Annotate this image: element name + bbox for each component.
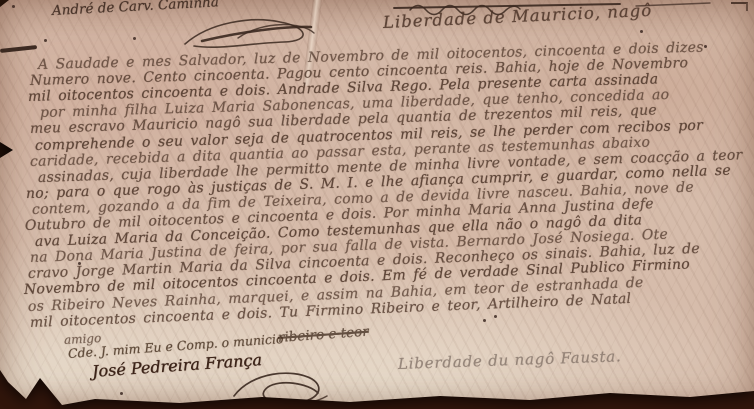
ink-spot (640, 30, 643, 33)
corner-ink-mark (731, 2, 748, 11)
ink-spot (494, 315, 497, 318)
ink-spot (133, 37, 136, 40)
torn-corner-speck (0, 0, 9, 7)
ink-spot (704, 45, 707, 48)
ink-spot (12, 5, 15, 8)
scanned-document-photo: André de Carv. Caminha Liberdade de Maur… (0, 0, 754, 409)
ink-spot (120, 392, 123, 395)
signature-rubric-flourish (226, 366, 330, 408)
struck-fragment: ribeiro e teor (277, 324, 369, 346)
ink-spot (483, 319, 486, 322)
ink-spot (44, 39, 47, 42)
pencil-note: Liberdade du nagô Fausta. (398, 347, 622, 373)
ink-spot (78, 262, 81, 265)
paper-wrapper: André de Carv. Caminha Liberdade de Maur… (0, 0, 754, 409)
margin-dash-mark (0, 45, 37, 52)
document-paper: André de Carv. Caminha Liberdade de Maur… (0, 0, 754, 409)
